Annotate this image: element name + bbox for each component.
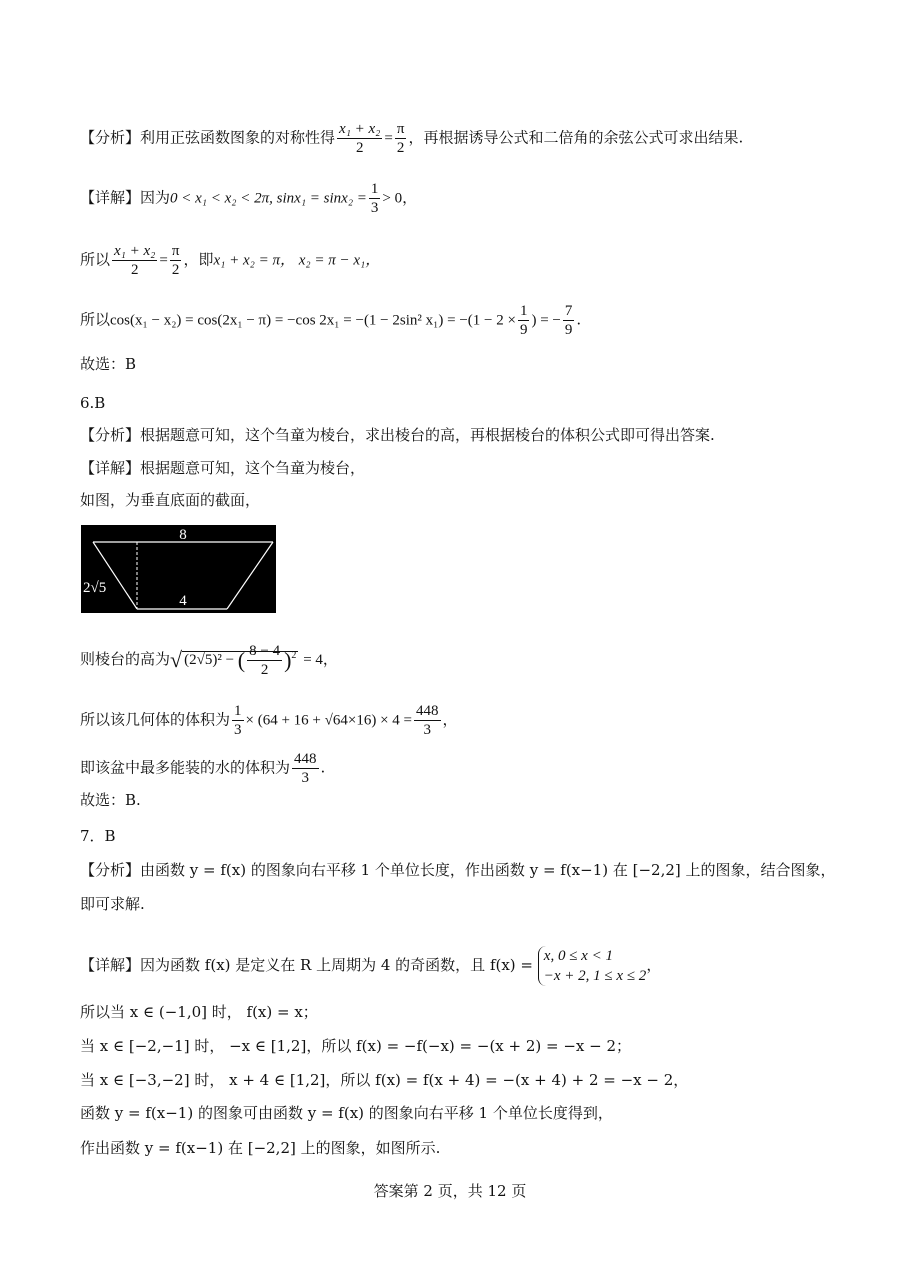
trapezoid-diagram: 8 4 2√5 [81,525,276,613]
page-footer: 答案第 2 页，共 12 页 [0,1180,900,1201]
detail-line: 【详解】根据题意可知，这个刍童为棱台， [80,458,365,478]
piecewise-function: x, 0 ≤ x < 1−x + 2, 1 ≤ x ≤ 2 [538,946,647,986]
trapezoid-cross-section-figure: 8 4 2√5 [81,525,276,613]
fraction: x₁ + x₂2 [112,242,157,279]
case-line: 当 x ∈ [−2,−1] 时， −x ∈ [1,2]，所以 f(x) = −f… [80,1036,631,1056]
water-volume-line: 即该盆中最多能装的水的体积为4483. [80,750,325,787]
analysis-label: 【分析】 [80,129,140,147]
detail-label: 【详解】 [80,189,140,207]
figure-intro: 如图，为垂直底面的截面， [80,490,260,510]
choice-line: 故选：B [80,354,136,374]
equation-line: 所以cos(x₁ − x₂) = cos(2x₁ − π) = −cos 2x₁… [80,302,581,339]
analysis-label: 【分析】 [80,426,140,444]
fraction: π2 [395,120,407,157]
choice-line: 故选：B. [80,790,141,810]
case-line: 所以当 x ∈ (−1,0] 时， f(x) = x； [80,1002,318,1022]
fraction: 8 − 42 [247,642,282,679]
fraction: x₁ + x₂2 [337,120,382,157]
graph-line: 作出函数 y = f(x−1) 在 [−2,2] 上的图象，如图所示. [80,1138,440,1158]
question-heading: 6.B [80,393,105,413]
volume-equation: 所以该几何体的体积为13× (64 + 16 + √64×16) × 4 =44… [80,702,458,739]
shift-line: 函数 y = f(x−1) 的图象可由函数 y = f(x) 的图象向右平移 1… [80,1103,613,1123]
fraction: 4483 [414,702,441,739]
analysis-line: 【分析】根据题意可知，这个刍童为棱台，求出棱台的高，再根据棱台的体积公式即可得出… [80,425,715,445]
question-heading: 7．B [80,826,116,846]
svg-text:2√5: 2√5 [83,580,106,596]
fraction: 13 [369,180,381,217]
analysis-line: 【分析】由函数 y = f(x) 的图象向右平移 1 个单位长度，作出函数 y … [80,860,836,880]
detail-label: 【详解】 [80,459,140,477]
svg-text:4: 4 [179,593,187,609]
fraction: 4483 [292,750,319,787]
fraction: 13 [232,702,244,739]
analysis-line-continued: 即可求解. [80,894,145,914]
fraction: π2 [170,242,182,279]
analysis-label: 【分析】 [80,861,140,879]
svg-text:8: 8 [179,527,187,543]
analysis-line: 【分析】利用正弦函数图象的对称性得x₁ + x₂2=π2，再根据诱导公式和二倍角… [80,120,743,157]
fraction: 19 [518,302,530,339]
fraction: 79 [563,302,575,339]
height-equation: 则棱台的高为√(2√5)² − (8 − 42)2 = 4， [80,642,338,679]
case-line: 当 x ∈ [−3,−2] 时， x + 4 ∈ [1,2]，所以 f(x) =… [80,1070,688,1090]
detail-line: 【详解】因为0 < x₁ < x₂ < 2π, sinx₁ = sinx₂ =1… [80,180,417,217]
detail-line: 【详解】因为函数 f(x) 是定义在 R 上周期为 4 的奇函数，且 f(x) … [80,946,661,986]
detail-label: 【详解】 [80,956,140,974]
equation-line: 所以x₁ + x₂2=π2，即x₁ + x₂ = π， x₂ = π − x₁， [80,242,380,279]
